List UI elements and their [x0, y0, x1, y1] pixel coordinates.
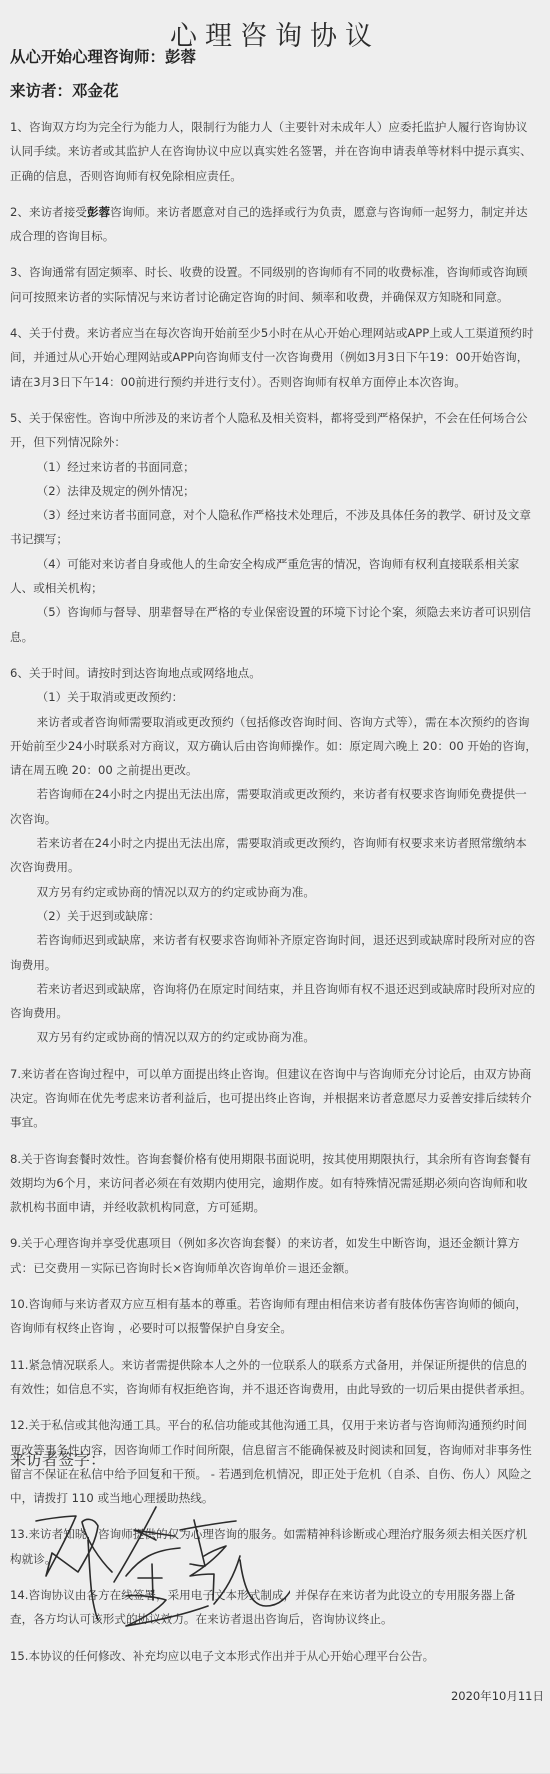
clause-6-section-heading: （1）关于取消或更改预约： — [10, 685, 538, 709]
clause-6: 6、关于时间。请按时到达咨询地点或网络地点。 — [10, 661, 538, 685]
clause-5-item: （1）经过来访者的书面同意； — [10, 455, 538, 479]
agreement-body: 1、咨询双方均为完全行为能力人，限制行为能力人（主要针对未成年人）应委托监护人履… — [10, 115, 538, 1680]
clause-8: 8.关于咨询套餐时效性。咨询套餐价格有使用期限书面说明，按其使用期限执行，其余所… — [10, 1147, 538, 1220]
clause-7: 7.来访者在咨询过程中，可以单方面提出终止咨询。但建议在咨询中与咨询师充分讨论后… — [10, 1062, 538, 1135]
clause-6-paragraph: 若咨询师在24小时之内提出无法出席，需要取消或更改预约，来访者有权要求咨询师免费… — [10, 782, 538, 831]
counselor-line: 从心开始心理咨询师：彭蓉 — [10, 46, 196, 68]
clause-6-paragraph: 若来访者在24小时之内提出无法出席，需要取消或更改预约，咨询师有权要求来访者照常… — [10, 831, 538, 880]
signature-date: 2020年10月11日 — [451, 1688, 544, 1704]
clause-6-paragraph: 来访者或者咨询师需要取消或更改预约（包括修改咨询时间、咨询方式等），需在本次预约… — [10, 710, 538, 783]
clause-5-item: （4）可能对来访者自身或他人的生命安全构成严重危害的情况，咨询师有权利直接联系相… — [10, 552, 538, 601]
clause-5-item: （5）咨询师与督导、朋辈督导在严格的专业保密设置的环境下讨论个案，须隐去来访者可… — [10, 600, 538, 649]
clause-1: 1、咨询双方均为完全行为能力人，限制行为能力人（主要针对未成年人）应委托监护人履… — [10, 115, 538, 188]
clause-4: 4、关于付费。来访者应当在每次咨询开始前至少5小时在从心开始心理网站或APP上或… — [10, 321, 538, 394]
clause-6-paragraph: 若咨询师迟到或缺席，来访者有权要求咨询师补齐原定咨询时间，退还迟到或缺席时段所对… — [10, 928, 538, 977]
clause-6-paragraph: 若来访者迟到或缺席，咨询将仍在原定时间结束，并且咨询师有权不退还迟到或缺席时段所… — [10, 977, 538, 1026]
clause-2-prefix: 2、来访者接受 — [10, 205, 87, 219]
clause-11: 11.紧急情况联系人。来访者需提供除本人之外的一位联系人的联系方式备用，并保证所… — [10, 1353, 538, 1402]
signature-label: 来访者签字： — [10, 1447, 106, 1470]
handwritten-signature-image — [30, 1500, 290, 1660]
clause-5-item: （2）法律及规定的例外情况； — [10, 479, 538, 503]
clause-5: 5、关于保密性。咨询中所涉及的来访者个人隐私及相关资料，都将受到严格保护，不会在… — [10, 406, 538, 455]
client-line: 来访者：邓金花 — [10, 80, 119, 102]
clause-6-paragraph: 双方另有约定或协商的情况以双方的约定或协商为准。 — [10, 1025, 538, 1049]
clause-2: 2、来访者接受彭蓉咨询师。来访者愿意对自己的选择或行为负责，愿意与咨询师一起努力… — [10, 200, 538, 249]
clause-9: 9.关于心理咨询并享受优惠项目（例如多次咨询套餐）的来访者，如发生中断咨询，退还… — [10, 1231, 538, 1280]
agreement-page: 心理咨询协议 从心开始心理咨询师：彭蓉 来访者：邓金花 1、咨询双方均为完全行为… — [0, 0, 550, 1774]
clause-6-section-heading: （2）关于迟到或缺席： — [10, 904, 538, 928]
clause-3: 3、咨询通常有固定频率、时长、收费的设置。不同级别的咨询师有不同的收费标准，咨询… — [10, 260, 538, 309]
counselor-name-inline: 彭蓉 — [87, 205, 110, 219]
clause-10: 10.咨询师与来访者双方应互相有基本的尊重。若咨询师有理由相信来访者有肢体伤害咨… — [10, 1292, 538, 1341]
clause-6-paragraph: 双方另有约定或协商的情况以双方的约定或协商为准。 — [10, 880, 538, 904]
clause-5-item: （3）经过来访者书面同意，对个人隐私作严格技术处理后，不涉及具体任务的教学、研讨… — [10, 503, 538, 552]
